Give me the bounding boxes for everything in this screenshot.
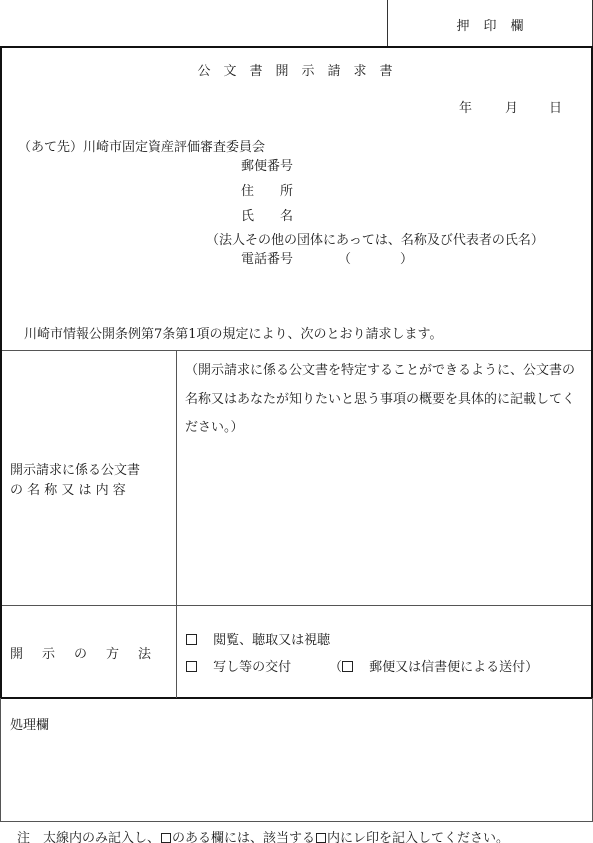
checkbox-view[interactable] bbox=[186, 634, 197, 645]
addressee: （あて先）川崎市固定資産評価審査委員会 bbox=[18, 136, 265, 155]
stamp-label: 押印欄 bbox=[388, 15, 592, 34]
table-top-divider bbox=[2, 350, 591, 351]
postal-code-label: 郵便番号 bbox=[241, 155, 293, 174]
phone-paren-close: ） bbox=[400, 248, 413, 267]
suboption-paren-open: （ bbox=[329, 660, 342, 675]
date-field[interactable]: 年 月 日 bbox=[0, 97, 593, 115]
checkbox-symbol-icon bbox=[161, 833, 171, 843]
table-column-divider bbox=[176, 350, 177, 698]
stamp-box[interactable]: 押印欄 bbox=[387, 0, 593, 48]
method-option-view-label: 閲覧、聴取又は視聴 bbox=[213, 633, 330, 648]
table-row-divider bbox=[2, 605, 591, 606]
footnote-part2: のある欄には、該当する bbox=[172, 831, 315, 843]
phone-paren-open: （ bbox=[338, 248, 351, 267]
checkbox-mail[interactable] bbox=[342, 661, 353, 672]
method-label: 開 示 の 方 法 bbox=[10, 643, 154, 662]
footnote-part3: 内にレ印を記入してください。 bbox=[327, 831, 509, 843]
address-field[interactable] bbox=[310, 178, 580, 196]
checkbox-symbol-icon bbox=[316, 833, 326, 843]
method-option-copy-label: 写し等の交付 bbox=[213, 660, 291, 675]
date-day-label: 日 bbox=[549, 97, 562, 116]
method-option-copy[interactable]: 写し等の交付 bbox=[186, 656, 291, 675]
document-instructions: （開示請求に係る公文書を特定することができるように、公文書の名称又はあなたが知り… bbox=[185, 357, 585, 443]
footnote-part1: 注 太線内のみ記入し、 bbox=[17, 831, 160, 843]
document-label-line2: の 名 称 又 は 内 容 bbox=[10, 479, 170, 498]
checkbox-copy[interactable] bbox=[186, 661, 197, 672]
form-title: 公文書開示請求書 bbox=[0, 60, 593, 79]
postal-code-field[interactable] bbox=[310, 153, 580, 171]
processing-label: 処理欄 bbox=[10, 714, 49, 733]
footnote: 注 太線内のみ記入し、のある欄には、該当する内にレ印を記入してください。 bbox=[17, 827, 509, 843]
name-label: 氏 名 bbox=[241, 205, 293, 224]
name-field[interactable] bbox=[310, 203, 580, 221]
date-month-label: 月 bbox=[505, 97, 518, 116]
phone-label: 電話番号 bbox=[241, 248, 293, 267]
method-option-view[interactable]: 閲覧、聴取又は視聴 bbox=[186, 629, 330, 648]
method-suboption-mail[interactable]: （ 郵便又は信書便による送付） bbox=[329, 656, 538, 675]
phone-number-field[interactable] bbox=[420, 246, 580, 264]
date-year-label: 年 bbox=[459, 97, 472, 116]
address-label: 住 所 bbox=[241, 180, 293, 199]
request-statement: 川崎市情報公開条例第7条第1項の規定により、次のとおり請求します。 bbox=[24, 323, 443, 342]
document-label-line1: 開示請求に係る公文書 bbox=[10, 459, 170, 478]
method-suboption-mail-label: 郵便又は信書便による送付） bbox=[369, 660, 538, 675]
document-description-field[interactable] bbox=[178, 440, 588, 603]
phone-area-code-field[interactable] bbox=[352, 246, 402, 264]
processing-box: 処理欄 bbox=[0, 698, 593, 822]
